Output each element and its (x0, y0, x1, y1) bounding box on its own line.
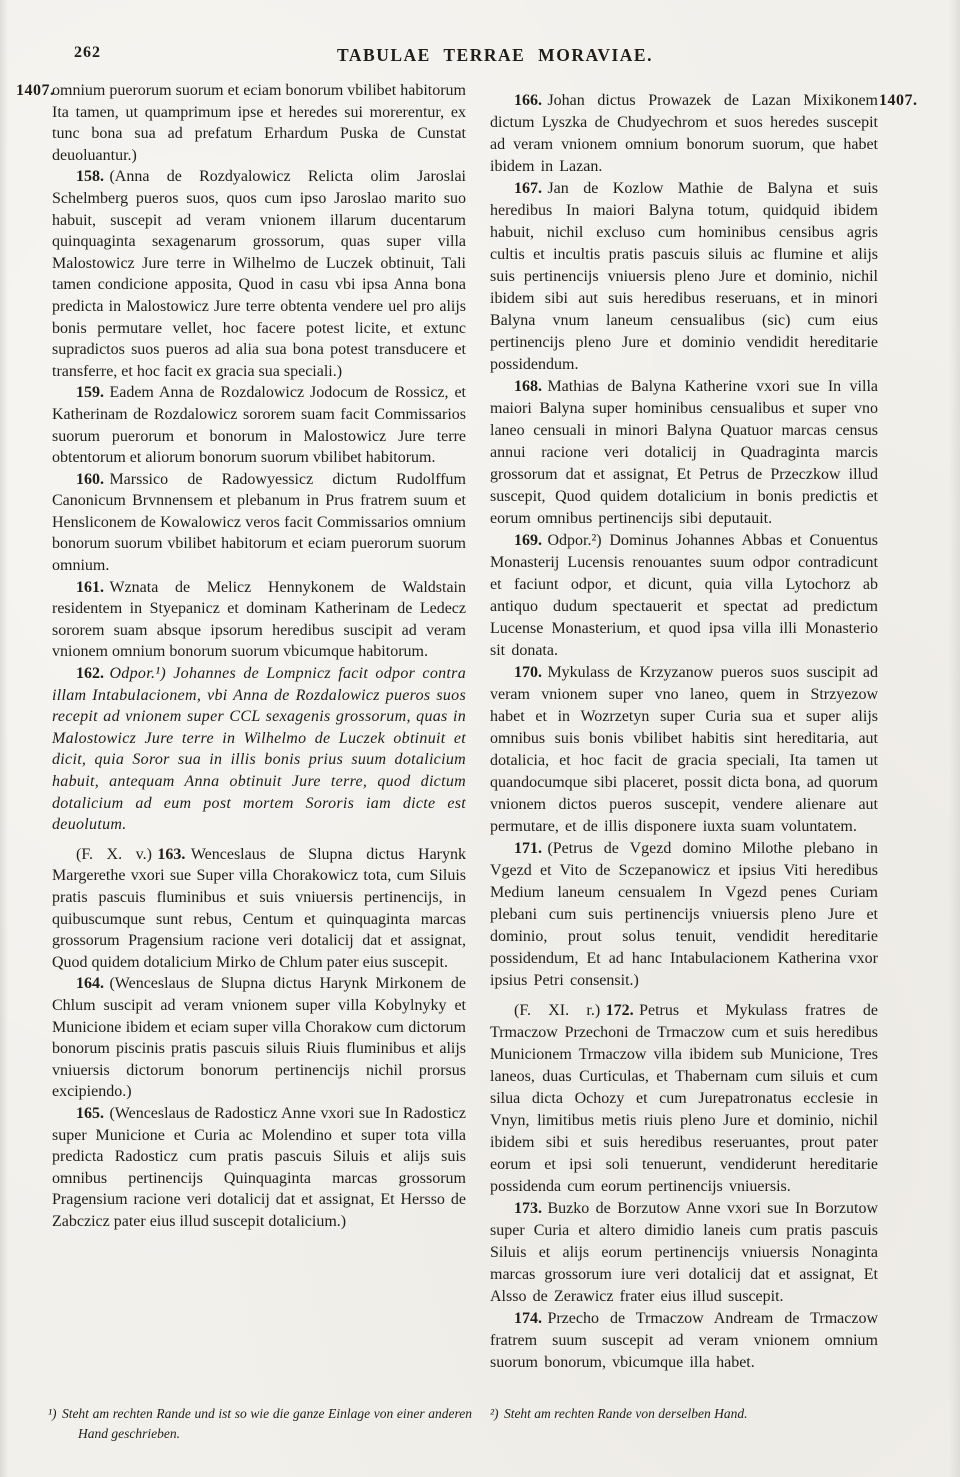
entry-text: Przecho de Trmaczow Andream de Trmaczow … (490, 1310, 878, 1371)
entry-number: 165. (76, 1105, 109, 1122)
entry-text: Odpor.¹) Johannes de Lompnicz facit odpo… (52, 665, 466, 833)
entry-number: 173. (514, 1200, 547, 1217)
entry-text: (Wenceslaus de Radosticz Anne vxori sue … (52, 1105, 466, 1230)
entry-number: 162. (76, 665, 109, 682)
entry-159: 159.Eadem Anna de Rozdalowicz Jodocum de… (52, 382, 466, 468)
entry-number: 163. (157, 846, 190, 863)
entry-number: 160. (76, 471, 109, 488)
left-column: omnium puerorum suorum et eciam bonorum … (52, 80, 466, 1232)
entry-text: Johan dictus Prowazek de Lazan Mixikonem… (490, 92, 878, 175)
entry-number: 159. (76, 384, 109, 401)
margin-year-left: 1407. (16, 82, 55, 100)
entry-162: 162.Odpor.¹) Johannes de Lompnicz facit … (52, 663, 466, 836)
margin-year-right: 1407. (879, 92, 918, 110)
entry-164: 164.(Wenceslaus de Slupna dictus Harynk … (52, 973, 466, 1103)
entry-number: 166. (514, 92, 547, 109)
entry-text: Wznata de Melicz Hennykonem de Waldstain… (52, 579, 466, 661)
entry-continuation-1407: omnium puerorum suorum et eciam bonorum … (52, 80, 466, 166)
entry-167: 167.Jan de Kozlow Mathie de Balyna et su… (490, 178, 878, 376)
right-column: 166.Johan dictus Prowazek de Lazan Mixik… (490, 90, 878, 1374)
entry-number: 168. (514, 378, 547, 395)
footnote-marker: ¹) (48, 1406, 62, 1421)
entry-161: 161.Wznata de Melicz Hennykonem de Walds… (52, 577, 466, 663)
entry-text: omnium puerorum suorum et eciam bonorum … (52, 82, 466, 164)
entry-172: (F. XI. r.)172.Petrus et Mykulass fratre… (490, 1000, 878, 1198)
entry-168: 168.Mathias de Balyna Katherine vxori su… (490, 376, 878, 530)
entry-text: Odpor.²) Dominus Johannes Abbas et Conue… (490, 532, 878, 659)
entry-170: 170.Mykulass de Krzyzanow pueros suos su… (490, 662, 878, 838)
entry-173: 173.Buzko de Borzutow Anne vxori sue In … (490, 1198, 878, 1308)
footnote-1: ¹)Steht am rechten Rande und ist so wie … (48, 1404, 472, 1444)
entry-text: Wenceslaus de Slupna dictus Harynk Marge… (52, 846, 466, 971)
entry-number: 169. (514, 532, 547, 549)
running-title: TABULAE TERRAE MORAVIAE. (0, 45, 960, 66)
entry-text: Buzko de Borzutow Anne vxori sue In Borz… (490, 1200, 878, 1305)
footnote-text: Steht am rechten Rande von derselben Han… (504, 1406, 748, 1421)
entry-text: Mykulass de Krzyzanow pueros suos suscip… (490, 664, 878, 835)
book-page-scan: 262 TABULAE TERRAE MORAVIAE. 1407. 1407.… (0, 0, 960, 1477)
entry-number: 174. (514, 1310, 547, 1327)
entry-text: Jan de Kozlow Mathie de Balyna et suis h… (490, 180, 878, 373)
footnote-2: ²)Steht am rechten Rande von derselben H… (490, 1404, 920, 1424)
entry-number: 161. (76, 579, 109, 596)
entry-text: (Anna de Rozdyalowicz Relicta olim Jaros… (52, 168, 466, 379)
entry-163: (F. X. v.)163.Wenceslaus de Slupna dictu… (52, 844, 466, 974)
entry-169: 169.Odpor.²) Dominus Johannes Abbas et C… (490, 530, 878, 662)
entry-text: Mathias de Balyna Katherine vxori sue In… (490, 378, 878, 527)
entry-160: 160.Marssico de Radowyessicz dictum Rudo… (52, 469, 466, 577)
entry-number: 158. (76, 168, 109, 185)
folio-mark: (F. X. v.) (76, 846, 157, 863)
entry-text: (Petrus de Vgezd domino Milothe plebano … (490, 840, 878, 989)
entry-165: 165.(Wenceslaus de Radosticz Anne vxori … (52, 1103, 466, 1233)
entry-text: Eadem Anna de Rozdalowicz Jodocum de Ros… (52, 384, 466, 466)
entry-158: 158.(Anna de Rozdyalowicz Relicta olim J… (52, 166, 466, 382)
footnote-marker: ²) (490, 1406, 504, 1421)
entry-number: 164. (76, 975, 109, 992)
entry-text: Petrus et Mykulass fratres de Trmaczow P… (490, 1002, 878, 1195)
entry-166: 166.Johan dictus Prowazek de Lazan Mixik… (490, 90, 878, 178)
footnote-text: Steht am rechten Rande und ist so wie di… (62, 1406, 472, 1441)
entry-text: (Wenceslaus de Slupna dictus Harynk Mirk… (52, 975, 466, 1100)
entry-174: 174.Przecho de Trmaczow Andream de Trmac… (490, 1308, 878, 1374)
entry-171: 171.(Petrus de Vgezd domino Milothe pleb… (490, 838, 878, 992)
entry-text: Marssico de Radowyessicz dictum Rudolffu… (52, 471, 466, 574)
entry-number: 170. (514, 664, 547, 681)
folio-mark: (F. XI. r.) (514, 1002, 606, 1019)
entry-number: 167. (514, 180, 547, 197)
entry-number: 171. (514, 840, 547, 857)
entry-number: 172. (606, 1002, 639, 1019)
